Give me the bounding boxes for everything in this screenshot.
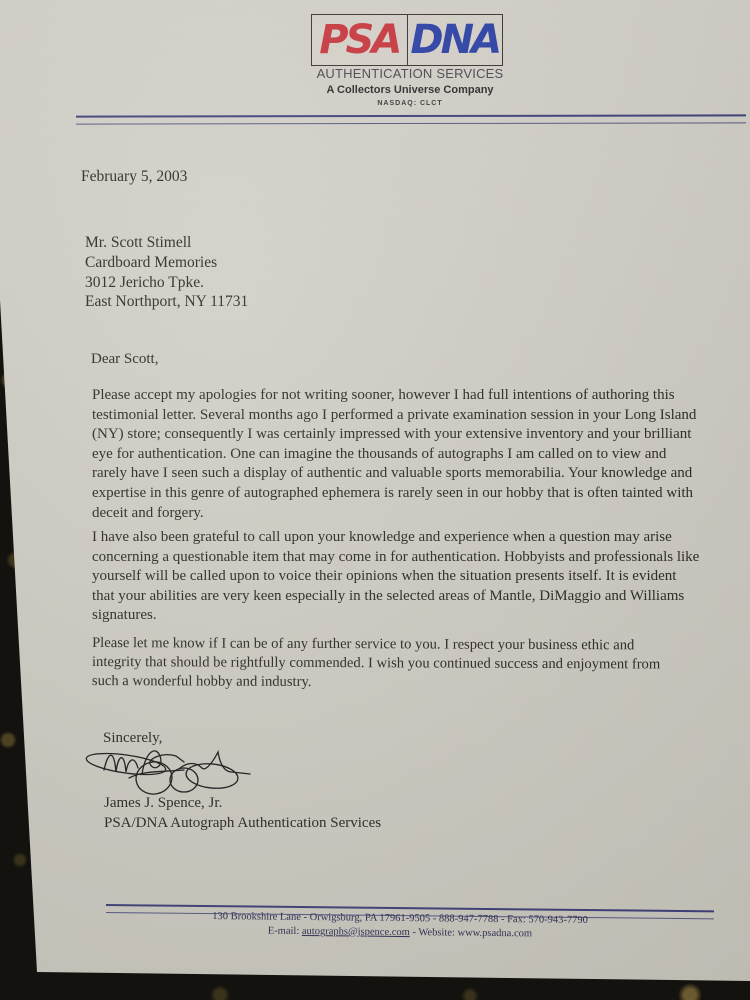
website-link[interactable]: www.psadna.com <box>457 928 532 940</box>
text-line: (NY) store; consequently I was certainly… <box>92 425 742 445</box>
paragraph-3: Please let me know if I can be of any fu… <box>92 634 742 693</box>
letterhead-subtitle: AUTHENTICATION SERVICES <box>300 66 520 81</box>
text-line: Please let me know if I can be of any fu… <box>92 634 742 656</box>
letter-date: February 5, 2003 <box>81 167 187 187</box>
handwritten-signature <box>84 742 254 807</box>
text-line: that your abilities are very keen especi… <box>92 587 742 607</box>
text-line: integrity that should be rightfully comm… <box>92 653 742 675</box>
footer-contact: E-mail: autographs@jspence.com - Website… <box>160 923 640 942</box>
footer-divider <box>106 904 714 919</box>
psa-dna-logo: PSA DNA <box>311 14 503 66</box>
logo-dna-text: DNA <box>408 15 503 65</box>
text-line: I have also been grateful to call upon y… <box>92 528 742 548</box>
text-line: rarely have I seen such a display of aut… <box>92 464 742 484</box>
text-line: testimonial letter. Several months ago I… <box>92 406 742 426</box>
letter-page: PSA DNA AUTHENTICATION SERVICES A Collec… <box>0 0 750 1000</box>
salutation: Dear Scott, <box>91 350 158 370</box>
logo-psa-text: PSA <box>312 15 408 65</box>
text-line: concerning a questionable item that may … <box>92 548 742 568</box>
paragraph-2: I have also been grateful to call upon y… <box>92 528 742 626</box>
text-line: such a wonderful hobby and industry. <box>92 672 742 694</box>
recipient-line: Mr. Scott Stimell <box>85 233 248 253</box>
text-line: signatures. <box>92 606 742 626</box>
paragraph-1: Please accept my apologies for not writi… <box>92 386 742 523</box>
letterhead-ticker: NASDAQ: CLCT <box>300 100 520 107</box>
recipient-line: Cardboard Memories <box>85 253 248 273</box>
recipient-address: Mr. Scott Stimell Cardboard Memories 301… <box>85 233 248 312</box>
text-line: Please accept my apologies for not writi… <box>92 386 742 406</box>
recipient-line: East Northport, NY 11731 <box>85 292 248 312</box>
recipient-line: 3012 Jericho Tpke. <box>85 273 248 293</box>
letterhead-divider <box>76 114 746 124</box>
closing: Sincerely, <box>103 729 162 749</box>
website-label: - Website: <box>410 927 458 938</box>
footer-address: 130 Brookshire Lane - Orwigsburg, PA 179… <box>160 909 640 928</box>
email-link[interactable]: autographs@jspence.com <box>302 926 410 938</box>
text-line: yourself will be called upon to voice th… <box>92 567 742 587</box>
footer: 130 Brookshire Lane - Orwigsburg, PA 179… <box>160 909 640 942</box>
signer-name: James J. Spence, Jr. <box>104 794 222 814</box>
email-label: E-mail: <box>268 926 302 937</box>
letterhead-company: A Collectors Universe Company <box>300 84 520 96</box>
text-line: eye for authentication. One can imagine … <box>92 445 742 465</box>
text-line: deceit and forgery. <box>92 504 742 524</box>
signer-title: PSA/DNA Autograph Authentication Service… <box>104 814 381 834</box>
text-line: expertise in this genre of autographed e… <box>92 484 742 504</box>
